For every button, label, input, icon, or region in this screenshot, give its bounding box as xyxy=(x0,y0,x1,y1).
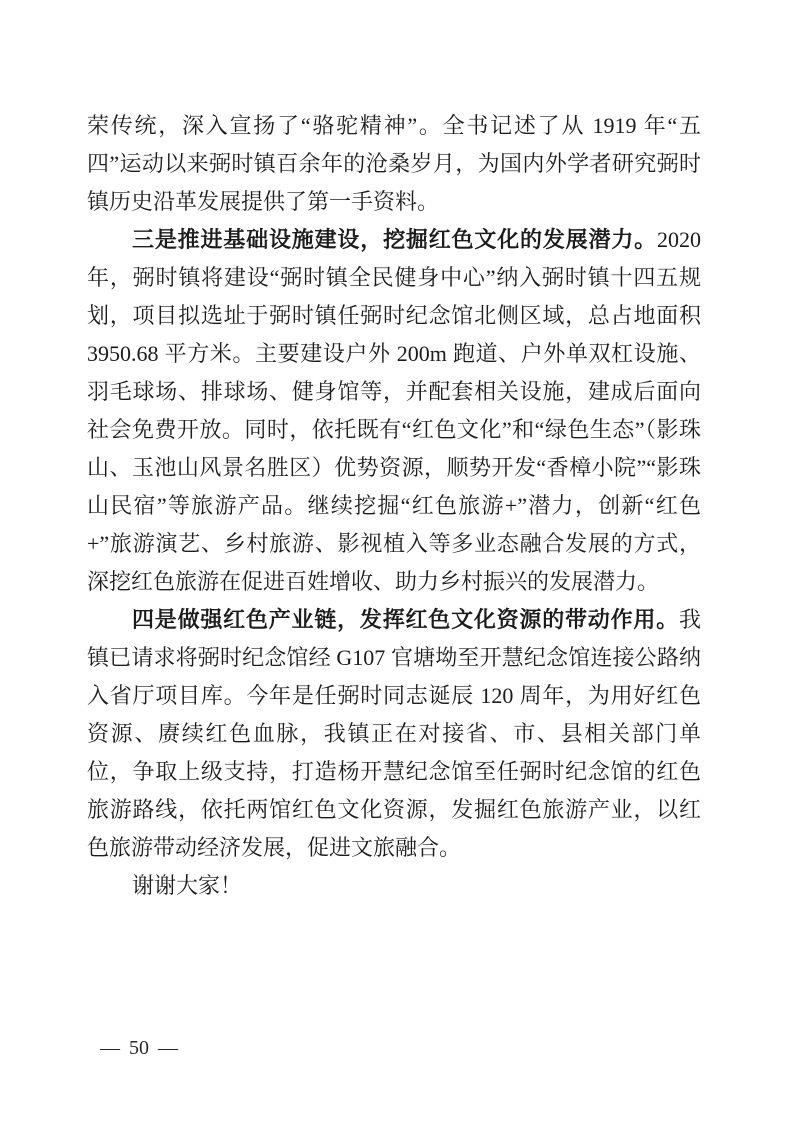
paragraph-4: 谢谢大家！ xyxy=(87,867,701,905)
page-number-right-dash: — xyxy=(158,1036,178,1060)
page-number-value: 50 xyxy=(129,1036,149,1060)
paragraph-3: 四是做强红色产业链，发挥红色文化资源的带动作用。我镇已请求将弼时纪念馆经 G10… xyxy=(87,601,701,867)
paragraph-3-text: 我镇已请求将弼时纪念馆经 G107 官塘坳至开慧纪念馆连接公路纳入省厅项目库。今… xyxy=(87,607,701,860)
paragraph-4-text: 谢谢大家！ xyxy=(132,873,242,898)
paragraph-2: 三是推进基础设施建设，挖掘红色文化的发展潜力。2020 年，弼时镇将建设“弼时镇… xyxy=(87,221,701,601)
document-page: 荣传统，深入宣扬了“骆驼精神”。全书记述了从 1919 年“五四”运动以来弼时镇… xyxy=(0,0,793,1122)
page-number-left-dash: — xyxy=(100,1036,120,1060)
paragraph-2-bold-lead: 三是推进基础设施建设，挖掘红色文化的发展潜力。 xyxy=(132,227,657,252)
paragraph-3-bold-lead: 四是做强红色产业链，发挥红色文化资源的带动作用。 xyxy=(132,607,679,632)
paragraph-1-text: 荣传统，深入宣扬了“骆驼精神”。全书记述了从 1919 年“五四”运动以来弼时镇… xyxy=(87,113,701,214)
paragraph-1: 荣传统，深入宣扬了“骆驼精神”。全书记述了从 1919 年“五四”运动以来弼时镇… xyxy=(87,107,701,221)
paragraph-2-text: 2020 年，弼时镇将建设“弼时镇全民健身中心”纳入弼时镇十四五规划，项目拟选址… xyxy=(87,227,701,594)
page-number: — 50 — xyxy=(100,1036,178,1060)
body-text: 荣传统，深入宣扬了“骆驼精神”。全书记述了从 1919 年“五四”运动以来弼时镇… xyxy=(87,107,701,905)
